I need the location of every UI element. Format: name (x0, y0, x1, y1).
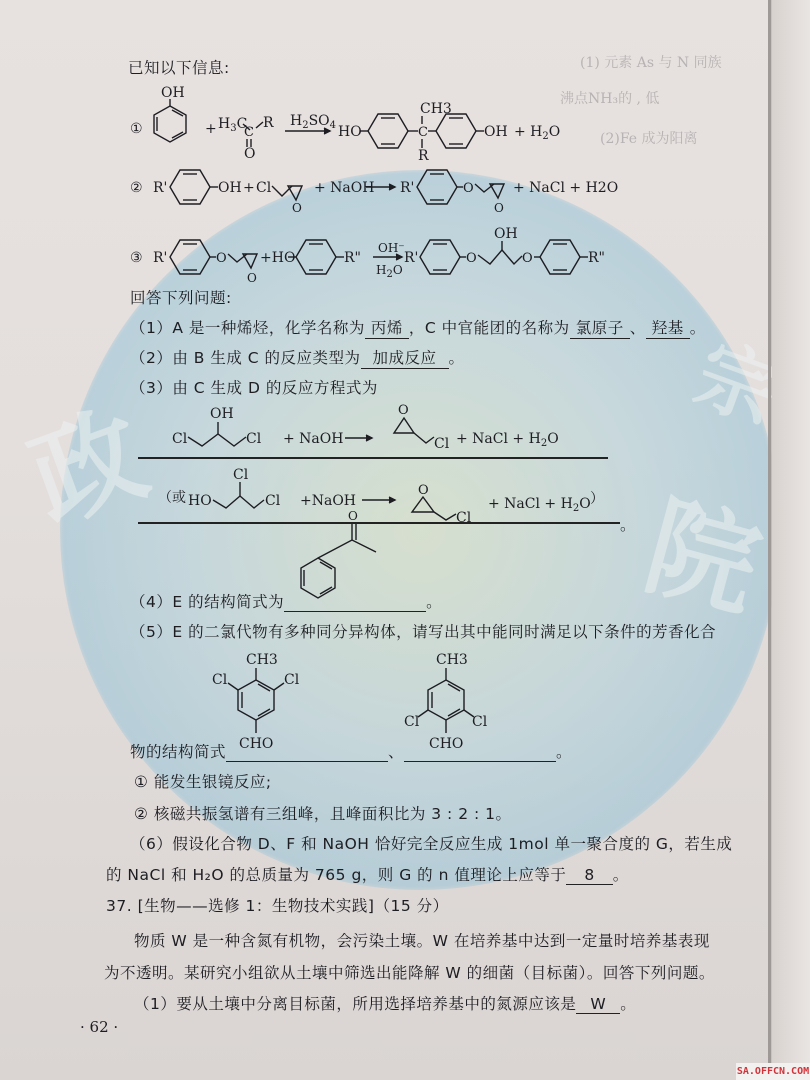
q37-sub1-prefix: （1）要从土壤中分离目标菌，所用选择培养基中的氮源应该是 (134, 995, 576, 1013)
q6-line2-prefix: 的 NaCl 和 H₂O 的总质量为 765 g，则 G 的 n 值理论上应等于 (106, 866, 566, 884)
svg-text:CH3: CH3 (246, 652, 278, 668)
q37-paragraph-1: 物质 W 是一种含氮有机物，会污染土壤。W 在培养基中达到一定量时培养基表现 (134, 929, 710, 951)
q37-paragraph-2: 为不透明。某研究小组欲从土壤中筛选出能降解 W 的细菌（目标菌）。回答下列问题。 (104, 961, 715, 983)
q5-sep: 、 (388, 743, 404, 761)
q5-line2-text: 物的结构简式 (130, 743, 226, 761)
svg-text:Cl: Cl (404, 714, 420, 730)
q5-structures: CH3 Cl Cl CHO CH3 Cl Cl CHO (0, 0, 810, 1080)
question-5-line2: 物的结构简式 、 。 (130, 740, 572, 762)
q5-answer-1 (226, 743, 388, 762)
q5-end: 。 (556, 743, 572, 761)
q37-sub1-answer: W (576, 995, 620, 1014)
svg-text:Cl: Cl (472, 714, 488, 730)
svg-text:CH3: CH3 (436, 652, 468, 668)
q6-answer: 8 (566, 866, 612, 885)
q5-answer-2 (404, 743, 556, 762)
q37-sub1-end: 。 (620, 995, 636, 1013)
q37-subquestion-1: （1）要从土壤中分离目标菌，所用选择培养基中的氮源应该是W。 (134, 992, 636, 1014)
q6-end: 。 (613, 866, 629, 884)
svg-text:Cl: Cl (284, 672, 300, 688)
page-number: · 62 · (80, 1018, 118, 1036)
question-6-line1: （6）假设化合物 D、F 和 NaOH 恰好完全反应生成 1mol 单一聚合度的… (130, 832, 732, 854)
q5-condition-1: ① 能发生银镜反应; (134, 770, 272, 792)
svg-text:Cl: Cl (212, 672, 228, 688)
question-37-heading: 37. [生物——选修 1：生物技术实践]（15 分） (106, 894, 449, 916)
brand-watermark: SA.OFFCN.COM (736, 1063, 810, 1080)
q5-condition-2: ② 核磁共振氢谱有三组峰，且峰面积比为 3 : 2 : 1。 (134, 802, 512, 824)
question-6-line2: 的 NaCl 和 H₂O 的总质量为 765 g，则 G 的 n 值理论上应等于… (106, 863, 629, 885)
